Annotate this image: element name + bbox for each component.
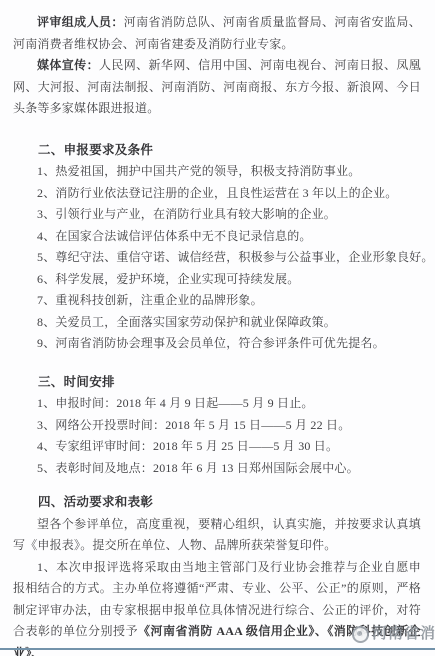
reviewers-paragraph: 评审组成人员：河南省消防总队、河南省质量监督局、河南省安监局、河南消费者维权协会…: [13, 12, 421, 55]
awards-requirements-paragraph: 望各个参评单位，高度重视，要精心组织，认真实施，并按要求认真填写《申报表》。提交…: [13, 514, 421, 557]
reviewers-label: 评审组成人员：: [37, 15, 124, 29]
application-item: 5、尊纪守法、重信守诺、诚信经营，积极参与公益事业，企业形象良好。: [13, 247, 421, 269]
section-heading-application: 二、申报要求及条件: [13, 140, 421, 162]
application-item: 7、重视科技创新，注重企业的品牌形象。: [13, 290, 421, 312]
application-item: 3、引领行业与产业，在消防行业具有较大影响的企业。: [13, 204, 421, 226]
application-item: 8、关爱员工，全面落实国家劳动保护和就业保障政策。: [13, 312, 421, 334]
schedule-item: 5、表彰时间及地点：2018 年 6 月 13 日郑州国际会展中心。: [13, 458, 421, 480]
media-label: 媒体宣传：: [37, 58, 99, 72]
section-heading-schedule: 三、时间安排: [13, 372, 421, 394]
application-item: 1、热爱祖国，拥护中国共产党的领导，积极支持消防事业。: [13, 161, 421, 183]
bottom-divider: [0, 648, 435, 650]
section-heading-awards: 四、活动要求和表彰: [13, 492, 421, 514]
document-page: 评审组成人员：河南省消防总队、河南省质量监督局、河南省安监局、河南消费者维权协会…: [0, 0, 435, 656]
schedule-item: 1、申报时间：2018 年 4 月 9 日起——5 月 9 日止。: [13, 393, 421, 415]
application-item: 4、在国家合法诚信评估体系中无不良记录信息的。: [13, 226, 421, 248]
media-paragraph: 媒体宣传：人民网、新华网、信用中国、河南电视台、河南日报、凤凰网、大河报、河南法…: [13, 55, 421, 120]
application-item: 6、科学发展，爱护环境，企业实现可持续发展。: [13, 269, 421, 291]
application-item: 2、消防行业依法登记注册的企业，且良性运营在 3 年以上的企业。: [13, 183, 421, 205]
schedule-item: 4、专家组评审时间：2018 年 5 月 25 日——5 月 30 日。: [13, 436, 421, 458]
awards-selection-paragraph: 1、本次申报评选将采取由当地主管部门及行业协会推荐与企业自愿申报相结合的方式。主…: [13, 557, 421, 656]
application-item: 9、河南省消防协会理事及会员单位，符合参评条件可优先提名。: [13, 333, 421, 355]
schedule-item: 3、网络公开投票时间：2018 年 5 月 15 日——5 月 22 日。: [13, 415, 421, 437]
